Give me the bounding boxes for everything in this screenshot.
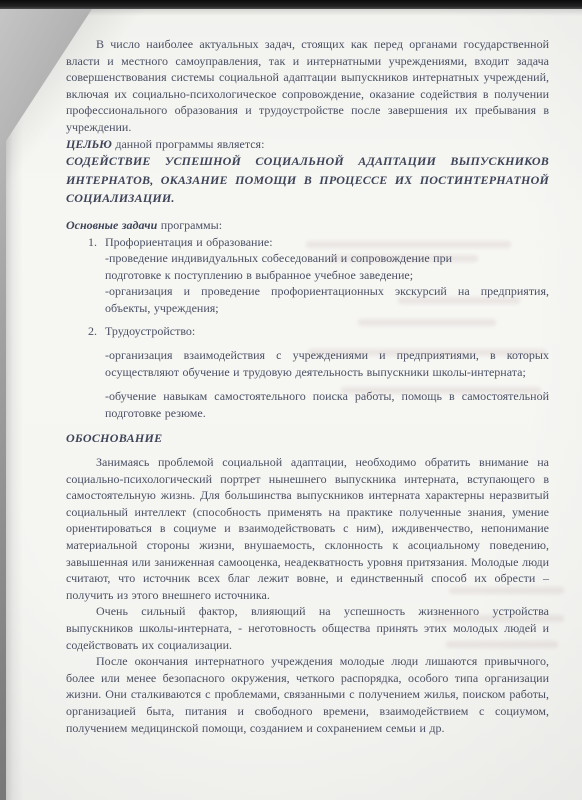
document-page: В число наиболее актуальных задач, стоящ… [6, 9, 582, 800]
task-2-subitem: -обучение навыкам самостоятельного поиск… [105, 388, 549, 421]
tasks-label: Основные задачи [66, 218, 157, 232]
task-item-1: 1. Профориентация и образование: -провед… [66, 234, 549, 317]
goal-statement: СОДЕЙСТВИЕ УСПЕШНОЙ СОЦИАЛЬНОЙ АДАПТАЦИИ… [66, 152, 549, 208]
task-item-2: 2. Трудоустройство: -организация взаимод… [66, 323, 549, 422]
goal-line-text: данной программы является: [112, 137, 265, 151]
task-1-body: Профориентация и образование: -проведени… [105, 234, 549, 317]
intro-paragraph: В число наиболее актуальных задач, стоящ… [66, 36, 549, 136]
page-top-edge-shadow [86, 9, 582, 16]
goal-label: ЦЕЛЬЮ [66, 137, 112, 151]
page-content: В число наиболее актуальных задач, стоящ… [66, 36, 549, 736]
task-1-number: 1. [88, 234, 105, 317]
scanned-document-view: В число наиболее актуальных задач, стоящ… [0, 0, 582, 800]
tasks-heading: Основные задачи программы: [66, 217, 549, 234]
justification-paragraph: Очень сильный фактор, влияющий на успешн… [66, 603, 549, 653]
goal-line: ЦЕЛЬЮ данной программы является: [66, 136, 549, 153]
tasks-heading-text: программы: [157, 218, 222, 232]
page-left-edge-shadow [6, 119, 24, 800]
task-2-number: 2. [88, 323, 105, 422]
justification-paragraph: После окончания интернатного учреждения … [66, 653, 549, 736]
task-2-body: Трудоустройство: -организация взаимодейс… [105, 323, 549, 422]
justification-paragraph: Занимаясь проблемой социальной адаптации… [66, 454, 549, 603]
task-1-subitem: -проведение индивидуальных собеседований… [105, 250, 549, 283]
task-1-title: Профориентация и образование: [105, 234, 549, 251]
task-1-subitem: -организация и проведение профориентацио… [105, 283, 549, 316]
justification-heading: ОБОСНОВАНИЕ [66, 430, 549, 447]
task-2-title: Трудоустройство: [105, 323, 549, 340]
task-2-subitem: -организация взаимодействия с учреждения… [105, 347, 549, 380]
scan-top-edge [0, 0, 582, 9]
